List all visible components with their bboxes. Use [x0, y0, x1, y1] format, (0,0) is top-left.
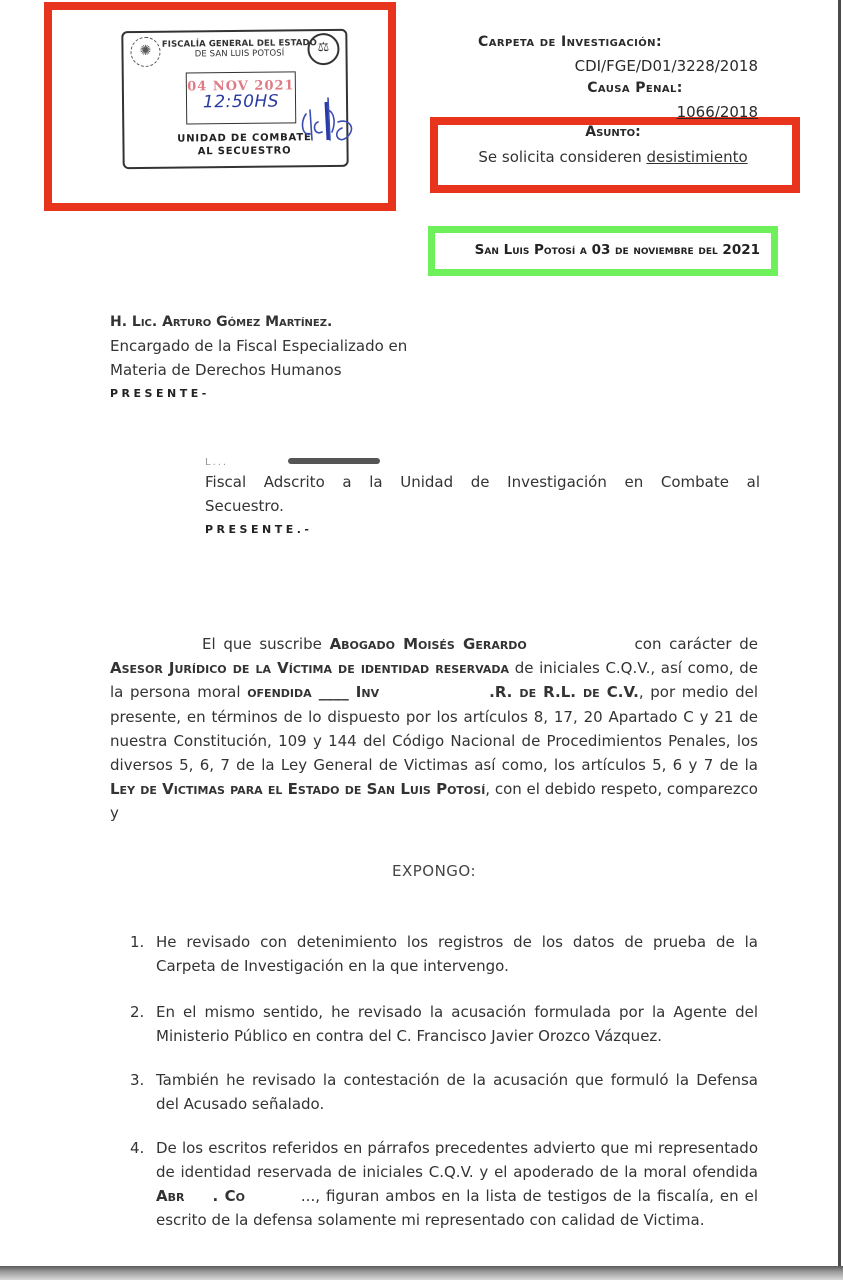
addressee-role-line2: Materia de Derechos Humanos	[110, 358, 510, 382]
signature-icon	[298, 92, 373, 152]
list-number: 3.	[130, 1068, 144, 1092]
addressee-role-line1: Encargado de la Fiscal Especializado en	[110, 334, 510, 358]
text-run: El que suscribe	[202, 635, 330, 653]
asunto-label: Asunto:	[438, 124, 788, 140]
list-number: 2.	[130, 1000, 144, 1024]
asunto-prefix: Se solicita consideren	[478, 148, 646, 166]
presente-label: PRESENTE-	[110, 382, 510, 406]
list-item: 1. He revisado con detenimiento los regi…	[130, 930, 758, 978]
redaction-bar	[288, 458, 380, 464]
list-item: 3. También he revisado la contestación d…	[130, 1068, 758, 1116]
addressee-name-redacted: L...	[205, 448, 760, 470]
list-text: También he revisado la contestación de l…	[156, 1071, 758, 1113]
offended-label: ofendida	[247, 683, 311, 701]
intro-paragraph: El que suscribe Abogado Moisés Gerardo c…	[110, 632, 758, 826]
list-text: He revisado con detenimiento los registr…	[156, 933, 758, 975]
stamp-received-time: 12:50HS	[187, 91, 295, 112]
law-name: Ley de Victimas para el Estado de San Lu…	[110, 780, 485, 798]
stamp-organization: FISCALÍA GENERAL DEL ESTADO DE SAN LUIS …	[159, 38, 319, 60]
role-title: Asesor Jurídico de la Víctima de identid…	[110, 659, 509, 677]
list-number: 4.	[130, 1136, 144, 1160]
asunto-text: Se solicita consideren desistimiento	[438, 148, 788, 166]
company-suffix: .R. de R.L. de C.V.	[489, 683, 639, 701]
redacted-name-bold: Abr	[156, 1187, 184, 1205]
list-text: En el mismo sentido, he revisado la acus…	[156, 1003, 758, 1045]
stamp-org-line2: DE SAN LUIS POTOSÍ	[159, 48, 319, 60]
page-edge-bottom	[0, 1266, 843, 1280]
coat-of-arms-icon: ✺	[130, 37, 160, 67]
list-item: 2. En el mismo sentido, he revisado la a…	[130, 1000, 758, 1048]
redacted-company: ____ Inv	[312, 683, 379, 701]
lawyer-name: Abogado Moisés Gerardo	[330, 635, 527, 653]
causa-label: Causa Penal:	[560, 80, 710, 96]
section-title: EXPONGO:	[110, 862, 758, 880]
redacted-name-bold: . Co	[212, 1187, 244, 1205]
addressee-role-line2: Secuestro.	[205, 494, 760, 518]
addressee-primary: H. Lic. Arturo Gómez Martínez. Encargado…	[110, 310, 510, 406]
carpeta-label: Carpeta de Investigación:	[440, 34, 700, 50]
list-item: 4. De los escritos referidos en párrafos…	[130, 1136, 758, 1232]
date-line: San Luis Potosí a 03 de noviembre del 20…	[442, 242, 760, 258]
text-run: con carácter de	[627, 635, 758, 653]
presente-label: PRESENTE.-	[205, 518, 760, 542]
stamp-date-box: 04 NOV 2021 12:50HS	[186, 71, 297, 124]
list-number: 1.	[130, 930, 144, 954]
asunto-emphasis: desistimiento	[646, 148, 747, 166]
addressee-secondary: L... Fiscal Adscrito a la Unidad de Inve…	[205, 448, 760, 542]
carpeta-value: CDI/FGE/D01/3228/2018	[440, 57, 758, 75]
list-text: De los escritos referidos en párrafos pr…	[156, 1139, 758, 1181]
causa-value: 1066/2018	[600, 103, 758, 121]
page-edge	[838, 0, 841, 1268]
addressee-name: H. Lic. Arturo Gómez Martínez.	[110, 310, 510, 334]
addressee-role-line1: Fiscal Adscrito a la Unidad de Investiga…	[205, 470, 760, 494]
redacted-name: L...	[205, 457, 228, 468]
